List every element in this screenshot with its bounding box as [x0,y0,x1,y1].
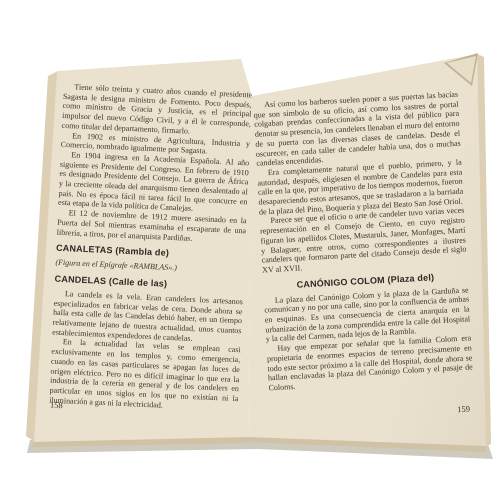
left-page-footer: 158 [49,82,253,422]
page-number: 158 [50,401,63,411]
book-photo: Tiene sólo treinta y cuatro años cuando … [0,0,500,500]
page-number: 159 [457,405,470,415]
right-page-footer: 159 [253,90,476,439]
